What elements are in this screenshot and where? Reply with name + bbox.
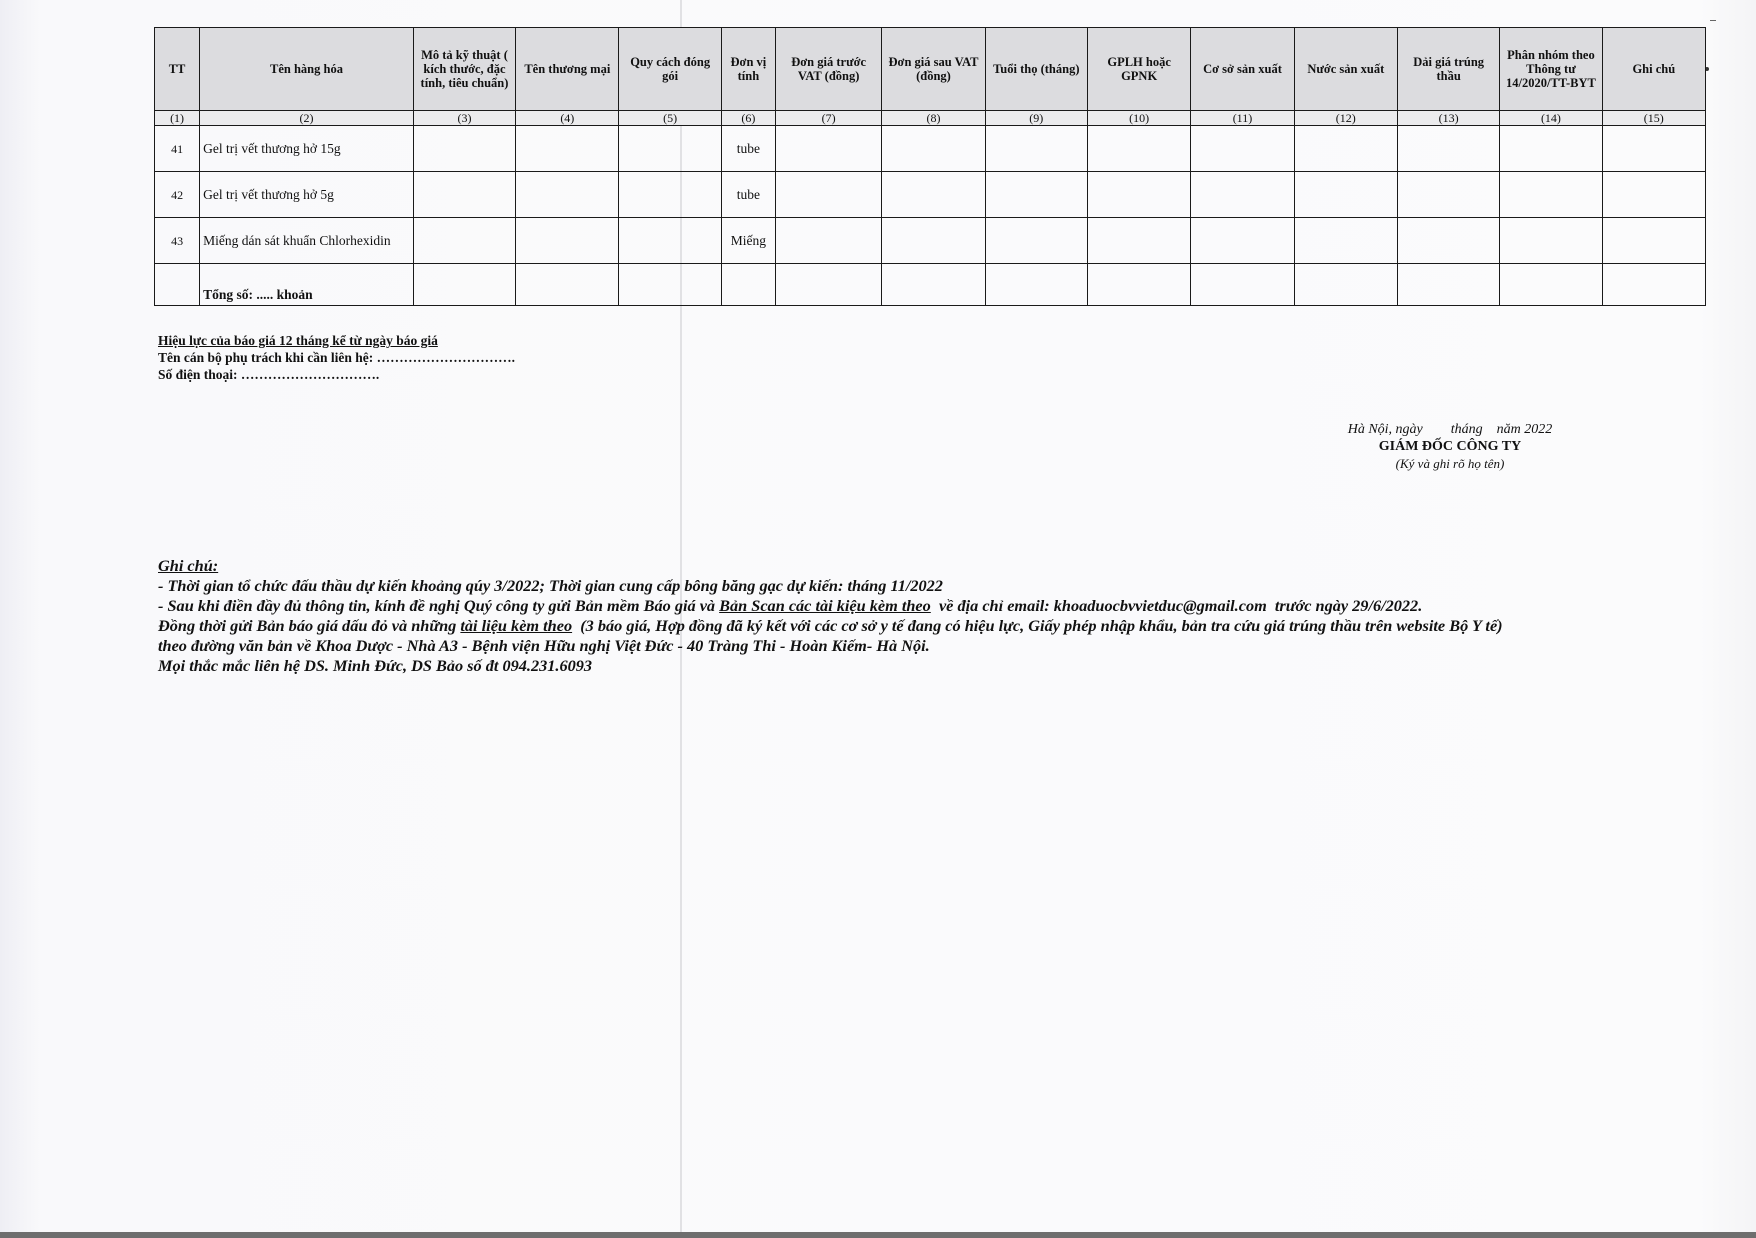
col-header: TT [155,28,200,111]
cell [155,264,200,306]
cell [1087,218,1190,264]
col-header: Ghi chú [1602,28,1705,111]
col-number: (8) [882,111,985,126]
header-row: TT Tên hàng hóa Mô tả kỹ thuật ( kích th… [155,28,1706,111]
cell [1602,218,1705,264]
col-header: Cơ sở sản xuất [1191,28,1294,111]
table-row: 41 Gel trị vết thương hở 15g tube [155,126,1706,172]
cell [413,264,515,306]
col-number: (1) [155,111,200,126]
col-number: (10) [1087,111,1190,126]
attached-docs-text: tài liệu kèm theo [460,616,572,635]
scan-bottom-edge [0,1232,1756,1238]
note-line: - Sau khi điền đầy đủ thông tin, kính đề… [158,596,1503,616]
signature-title: GIÁM ĐỐC CÔNG TY [1300,438,1600,455]
col-header: Phân nhóm theo Thông tư 14/2020/TT-BYT [1500,28,1602,111]
cell [516,126,619,172]
cell [882,172,985,218]
cell [1294,172,1397,218]
col-header: GPLH hoặc GPNK [1087,28,1190,111]
cell [721,264,775,306]
col-header: Mô tả kỹ thuật ( kích thước, đặc tính, t… [413,28,515,111]
note-text: (3 báo giá, Hợp đồng đã ký kết với các c… [572,616,1503,635]
cell [1500,218,1602,264]
validity-text: Hiệu lực của báo giá 12 tháng kể từ ngày… [158,332,515,349]
notes-section: Ghi chú: - Thời gian tổ chức đấu thầu dự… [158,556,1503,676]
col-header: Tên thương mại [516,28,619,111]
cell [1397,264,1499,306]
cell [1397,218,1499,264]
cell [882,218,985,264]
cell [882,264,985,306]
note-line: Đồng thời gửi Bản báo giá dấu đỏ và nhữn… [158,616,1503,636]
cell [1397,126,1499,172]
item-name: Gel trị vết thương hở 5g [200,172,414,218]
col-number: (3) [413,111,515,126]
col-header: Tên hàng hóa [200,28,414,111]
note-line: - Thời gian tổ chức đấu thầu dự kiến kho… [158,576,1503,596]
cell [619,172,721,218]
cell [775,172,881,218]
note-text: - Sau khi điền đầy đủ thông tin, kính đề… [158,596,719,615]
cell [1294,264,1397,306]
item-unit: Miếng [721,218,775,264]
table-row: 42 Gel trị vết thương hở 5g tube [155,172,1706,218]
cell [775,126,881,172]
date-line: Hà Nội, ngày tháng năm 2022 [1300,421,1600,438]
col-number: (14) [1500,111,1602,126]
signature-block: Hà Nội, ngày tháng năm 2022 GIÁM ĐỐC CÔN… [1300,421,1600,472]
cell [985,264,1087,306]
cell [1602,264,1705,306]
cell [619,126,721,172]
item-name: Gel trị vết thương hở 15g [200,126,414,172]
col-number: (11) [1191,111,1294,126]
item-unit: tube [721,172,775,218]
col-number: (6) [721,111,775,126]
cell [1397,172,1499,218]
col-header: Dải giá trúng thầu [1397,28,1499,111]
col-number: (7) [775,111,881,126]
cell [1087,126,1190,172]
column-number-row: (1) (2) (3) (4) (5) (6) (7) (8) (9) (10)… [155,111,1706,126]
quote-info: Hiệu lực của báo giá 12 tháng kể từ ngày… [158,332,515,383]
notes-heading: Ghi chú: [158,556,1503,576]
signature-note: (Ký và ghi rõ họ tên) [1300,455,1600,472]
note-text: Đồng thời gửi Bản báo giá dấu đỏ và nhữn… [158,616,460,635]
cell [1087,172,1190,218]
cell [882,126,985,172]
cell [413,172,515,218]
col-number: (5) [619,111,721,126]
cell [1191,172,1294,218]
cell [413,218,515,264]
cell [1191,126,1294,172]
col-number: (12) [1294,111,1397,126]
row-number: 41 [155,126,200,172]
note-line: Mọi thắc mắc liên hệ DS. Minh Đức, DS Bả… [158,656,1503,676]
cell [985,172,1087,218]
scan-docs-link-text: Bản Scan các tài kiệu kèm theo [719,596,931,615]
cell [516,172,619,218]
cell [516,264,619,306]
item-unit: tube [721,126,775,172]
cell [775,264,881,306]
col-number: (2) [200,111,414,126]
col-number: (9) [985,111,1087,126]
scan-mark [1710,20,1716,21]
col-header: Đơn giá trước VAT (đồng) [775,28,881,111]
col-header: Tuổi thọ (tháng) [985,28,1087,111]
col-header: Đơn giá sau VAT (đồng) [882,28,985,111]
item-name: Miếng dán sát khuẩn Chlorhexidin [200,218,414,264]
note-text: về địa chỉ email: khoaduocbvvietduc@gmai… [931,596,1422,615]
cell [775,218,881,264]
col-header: Đơn vị tính [721,28,775,111]
cell [619,218,721,264]
total-row: Tổng số: ..... khoản [155,264,1706,306]
contact-person-field: Tên cán bộ phụ trách khi cần liên hệ: ……… [158,349,515,366]
cell [1294,218,1397,264]
cell [1191,218,1294,264]
col-header: Nước sản xuất [1294,28,1397,111]
cell [1500,264,1602,306]
cell [1191,264,1294,306]
col-header: Quy cách đóng gói [619,28,721,111]
cell [985,218,1087,264]
phone-field: Số điện thoại: …………………………. [158,366,515,383]
cell [413,126,515,172]
row-number: 42 [155,172,200,218]
cell [1087,264,1190,306]
cell [1500,126,1602,172]
total-label: Tổng số: ..... khoản [200,264,414,306]
cell [1294,126,1397,172]
note-line: theo đường văn bản về Khoa Dược - Nhà A3… [158,636,1503,656]
cell [619,264,721,306]
cell [1602,172,1705,218]
col-number: (13) [1397,111,1499,126]
col-number: (4) [516,111,619,126]
row-number: 43 [155,218,200,264]
cell [1500,172,1602,218]
cell [1602,126,1705,172]
quotation-table: TT Tên hàng hóa Mô tả kỹ thuật ( kích th… [154,27,1706,306]
cell [516,218,619,264]
table-row: 43 Miếng dán sát khuẩn Chlorhexidin Miến… [155,218,1706,264]
col-number: (15) [1602,111,1705,126]
cell [985,126,1087,172]
